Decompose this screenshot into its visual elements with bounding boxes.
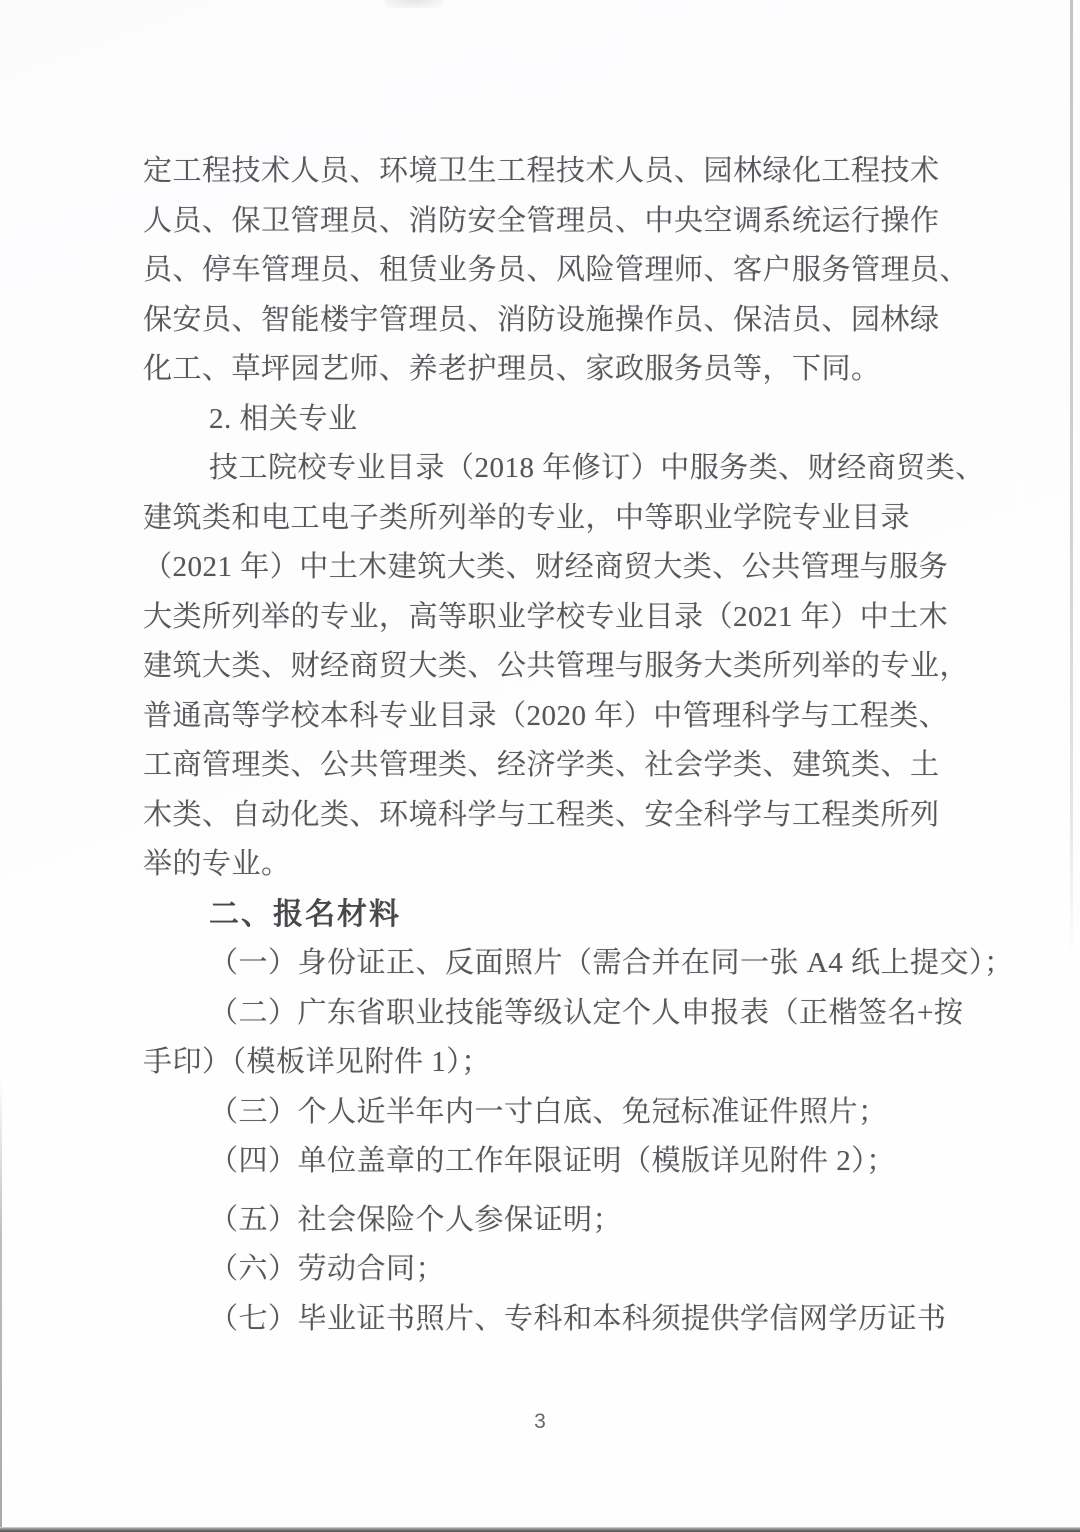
text-line: 举的专业。 (143, 840, 953, 890)
text-line: 定工程技术人员、环境卫生工程技术人员、园林绿化工程技术 (143, 147, 953, 197)
text-line: 普通高等学校本科专业目录（2020 年）中管理科学与工程类、 (143, 692, 953, 742)
text-line: 建筑类和电工电子类所列举的专业，中等职业学院专业目录 (143, 494, 953, 544)
item-1-id-card-photos: （一）身份证正、反面照片（需合并在同一张 A4 纸上提交）； (143, 939, 953, 989)
text-line: 建筑大类、财经商贸大类、公共管理与服务大类所列举的专业， (143, 642, 953, 692)
text-line: （一）身份证正、反面照片（需合并在同一张 A4 纸上提交）； (143, 939, 953, 989)
item-2-personal-declaration-form: （二）广东省职业技能等级认定个人申报表（正楷签名+按 手印）（模板详见附件 1）… (143, 989, 953, 1088)
section-heading-text: 二、报名材料 (143, 890, 953, 940)
subheading-related-majors: 2. 相关专业 (143, 395, 953, 445)
text-line: （三）个人近半年内一寸白底、免冠标准证件照片； (143, 1088, 953, 1138)
text-line: （五）社会保险个人参保证明； (143, 1196, 953, 1246)
item-5-social-insurance-certificate: （五）社会保险个人参保证明； (143, 1196, 953, 1246)
text-line: 化工、草坪园艺师、养老护理员、家政服务员等，下同。 (143, 345, 953, 395)
page-number: 3 (0, 1410, 1080, 1434)
text-line: （七）毕业证书照片、专科和本科须提供学信网学历证书 (143, 1295, 953, 1345)
text-line: （二）广东省职业技能等级认定个人申报表（正楷签名+按 (143, 989, 953, 1039)
item-4-work-years-certificate: （四）单位盖章的工作年限证明（模版详见附件 2）； (143, 1137, 953, 1187)
text-line: 保安员、智能楼宇管理员、消防设施操作员、保洁员、园林绿 (143, 296, 953, 346)
section-heading-application-materials: 二、报名材料 (143, 890, 953, 940)
text-line: 人员、保卫管理员、消防安全管理员、中央空调系统运行操作 (143, 197, 953, 247)
item-3-standard-photo: （三）个人近半年内一寸白底、免冠标准证件照片； (143, 1088, 953, 1138)
text-line: 手印）（模板详见附件 1）； (143, 1038, 953, 1088)
text-line: 2. 相关专业 (143, 395, 953, 445)
paragraph-major-catalogs: 技工院校专业目录（2018 年修订）中服务类、财经商贸类、 建筑类和电工电子类所… (143, 444, 953, 890)
item-7-diploma-photos: （七）毕业证书照片、专科和本科须提供学信网学历证书 (143, 1295, 953, 1345)
document-body: 定工程技术人员、环境卫生工程技术人员、园林绿化工程技术 人员、保卫管理员、消防安… (143, 147, 953, 1344)
text-line: （2021 年）中土木建筑大类、财经商贸大类、公共管理与服务 (143, 543, 953, 593)
text-line: （六）劳动合同； (143, 1245, 953, 1295)
scan-bottom-edge (0, 1527, 1080, 1532)
text-line: （四）单位盖章的工作年限证明（模版详见附件 2）； (143, 1137, 953, 1187)
scan-right-edge-line (1070, 0, 1073, 955)
item-6-labor-contract: （六）劳动合同； (143, 1245, 953, 1295)
text-line: 木类、自动化类、环境科学与工程类、安全科学与工程类所列 (143, 791, 953, 841)
scan-smudge-artifact (385, 0, 443, 8)
text-line: 技工院校专业目录（2018 年修订）中服务类、财经商贸类、 (143, 444, 953, 494)
scan-left-edge-line (0, 1080, 2, 1532)
text-line: 大类所列举的专业，高等职业学校专业目录（2021 年）中土木 (143, 593, 953, 643)
text-line: 员、停车管理员、租赁业务员、风险管理师、客户服务管理员、 (143, 246, 953, 296)
paragraph-occupations-continued: 定工程技术人员、环境卫生工程技术人员、园林绿化工程技术 人员、保卫管理员、消防安… (143, 147, 953, 395)
text-line: 工商管理类、公共管理类、经济学类、社会学类、建筑类、土 (143, 741, 953, 791)
